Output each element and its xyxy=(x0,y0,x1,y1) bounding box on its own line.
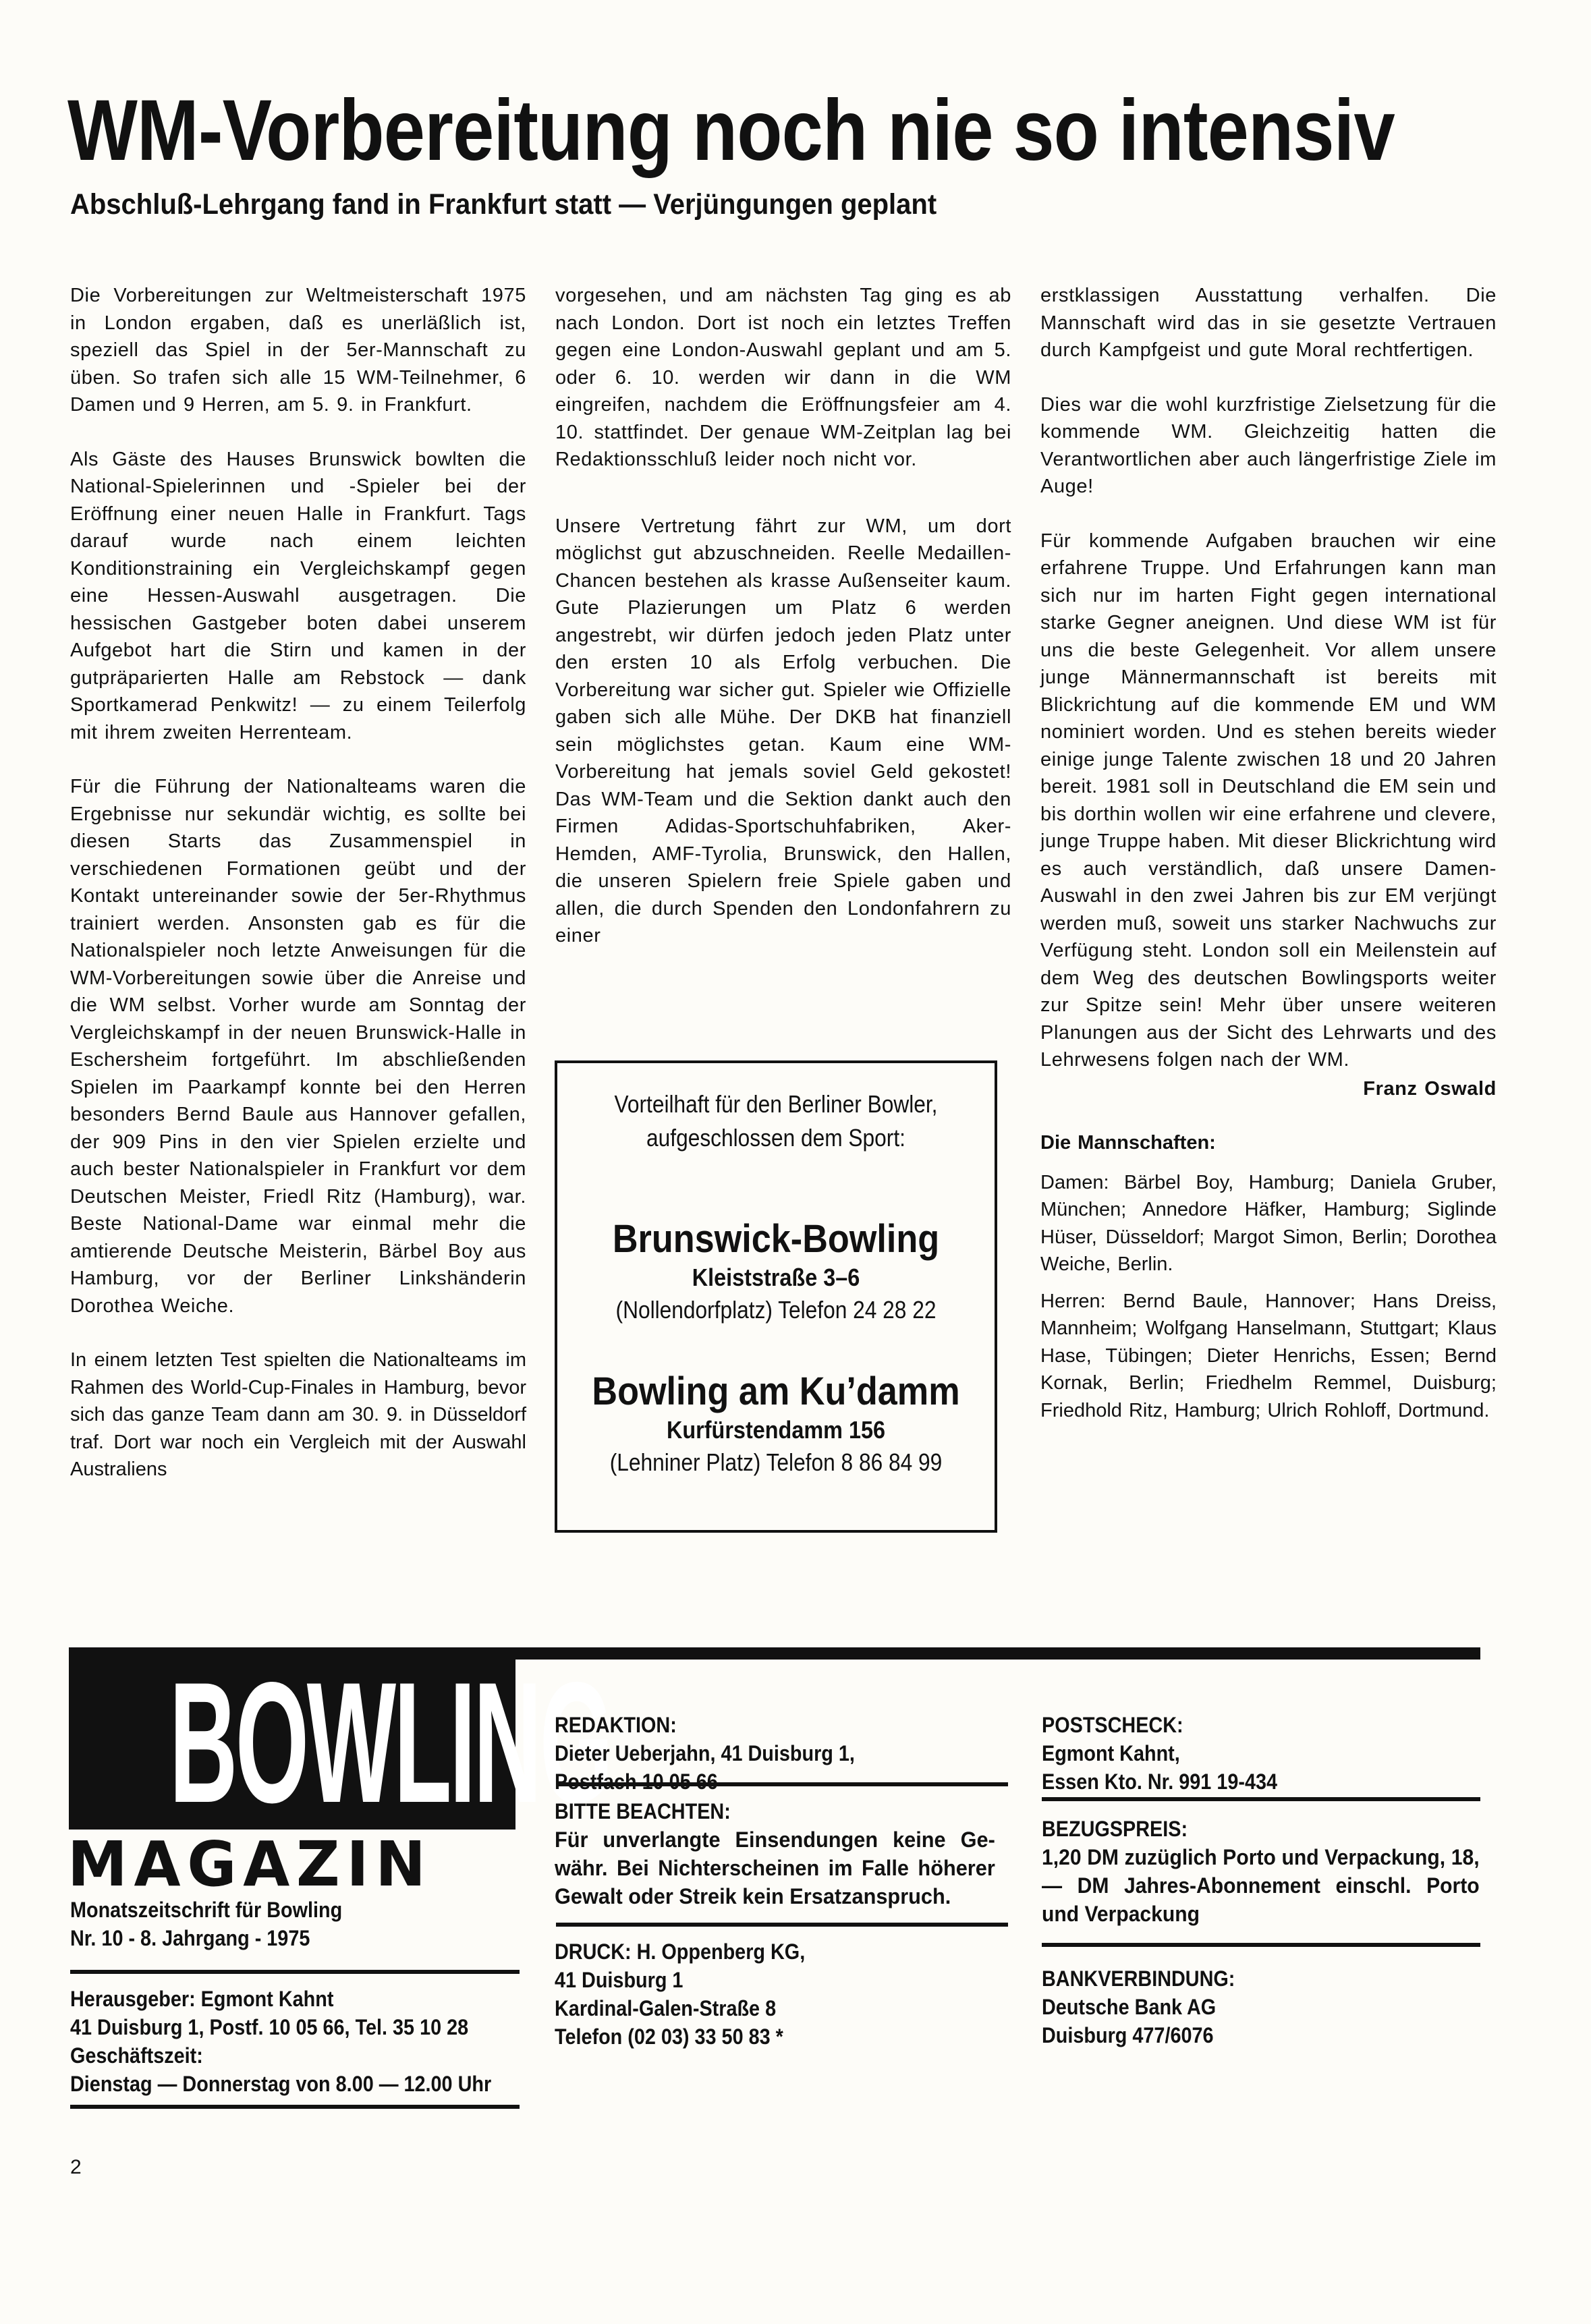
bitte-beachten-section: BITTE BEACHTEN: Für unverlangte Einsendu… xyxy=(555,1797,1007,1910)
magazine-logo: BOWLING xyxy=(69,1647,515,1830)
bitte-beachten-heading: BITTE BEACHTEN: xyxy=(555,1797,731,1825)
business-hours-label: Geschäftszeit: xyxy=(70,2041,203,2070)
article-headline: WM-Vorbereitung noch nie so intensiv xyxy=(67,88,1263,174)
article-column-1: Die Vorbereitungen zur Weltmeisterschaft… xyxy=(70,282,526,1510)
venue-name: Brunswick-Bowling xyxy=(579,1217,972,1262)
divider xyxy=(556,1923,1008,1927)
article-column-2: vorgesehen, und am nächsten Tag ging es … xyxy=(555,282,1011,977)
article-column-3: erstklassigen Ausstattung verhalfen. Die… xyxy=(1040,282,1497,1434)
article-subheadline: Abschluß-Lehrgang fand in Frankfurt stat… xyxy=(70,190,937,219)
bankverbindung-section: BANKVERBINDUNG: Deutsche Bank AG Duisbur… xyxy=(1042,1964,1494,2049)
bitte-beachten-text: Für unverlangte Einsendungen keine Ge­wä… xyxy=(555,1825,995,1910)
ad-venue-brunswick: Brunswick-Bowling Kleiststraße 3–6 (Noll… xyxy=(557,1217,995,1326)
druck-heading: DRUCK: H. Oppenberg KG, xyxy=(555,1937,805,1966)
venue-name: Bowling am Ku’damm xyxy=(579,1369,972,1414)
venue-street: Kurfürstendamm 156 xyxy=(579,1414,972,1446)
postscheck-section: POSTSCHECK: Egmont Kahnt, Essen Kto. Nr.… xyxy=(1042,1711,1494,1796)
postscheck-line-2: Essen Kto. Nr. 991 19-434 xyxy=(1042,1767,1277,1796)
druck-line-2: Kardinal-Galen-Straße 8 xyxy=(555,1994,776,2022)
venue-phone: (Nollendorfplatz) Telefon 24 28 22 xyxy=(584,1294,968,1326)
magazine-tagline: Monatszeitschrift für Bowling xyxy=(70,1896,342,1924)
article-author: Franz Oswald xyxy=(1040,1075,1497,1103)
redaktion-heading: REDAKTION: xyxy=(555,1711,677,1739)
postscheck-heading: POSTSCHECK: xyxy=(1042,1711,1183,1739)
bankverbindung-line-2: Duisburg 477/6076 xyxy=(1042,2021,1214,2049)
magazine-info: Monatszeitschrift für Bowling Nr. 10 - 8… xyxy=(70,1896,372,1952)
publisher-name: Herausgeber: Egmont Kahnt xyxy=(70,1985,333,2013)
bezugspreis-text: 1,20 DM zuzüglich Porto und Verpackung, … xyxy=(1042,1843,1480,1928)
ad-intro: Vorteilhaft für den Berliner Bowler, auf… xyxy=(584,1087,968,1155)
paragraph: erstklassigen Ausstattung verhalfen. Die… xyxy=(1040,282,1497,364)
page-number: 2 xyxy=(70,2156,82,2179)
ad-venue-kudamm: Bowling am Ku’damm Kurfürstendamm 156 (L… xyxy=(557,1369,995,1479)
paragraph: Für kommende Aufgaben brauchen wir eine … xyxy=(1040,528,1497,1074)
bezugspreis-heading: BEZUGSPREIS: xyxy=(1042,1815,1188,1843)
publisher-address: 41 Duisburg 1, Postf. 10 05 66, Tel. 35 … xyxy=(70,2013,468,2041)
divider xyxy=(70,1970,520,1974)
druck-section: DRUCK: H. Oppenberg KG, 41 Duisburg 1 Ka… xyxy=(555,1937,1007,2051)
logo-magazin-text: MAGAZIN xyxy=(67,1834,503,1896)
business-hours: Dienstag — Donnerstag von 8.00 — 12.00 U… xyxy=(70,2070,491,2098)
logo-bowling-text: BOWLING xyxy=(169,1657,415,1829)
team-roster-damen: Damen: Bärbel Boy, Hamburg; Daniela Gru­… xyxy=(1040,1169,1497,1278)
postscheck-line-1: Egmont Kahnt, xyxy=(1042,1739,1180,1767)
paragraph: Als Gäste des Hauses Brunswick bowlten d… xyxy=(70,446,526,747)
divider xyxy=(1042,1943,1480,1947)
bankverbindung-line-1: Deutsche Bank AG xyxy=(1042,1993,1216,2021)
druck-line-3: Telefon (02 03) 33 50 83 * xyxy=(555,2022,783,2051)
publisher-info: Herausgeber: Egmont Kahnt 41 Duisburg 1,… xyxy=(70,1985,538,2098)
venue-street: Kleiststraße 3–6 xyxy=(579,1262,972,1294)
team-roster-herren: Herren: Bernd Baule, Hannover; Hans Drei… xyxy=(1040,1288,1497,1425)
paragraph: Unsere Vertretung fährt zur WM, um dort … xyxy=(555,513,1011,950)
paragraph: Die Vorbereitungen zur Weltmeisterschaft… xyxy=(70,282,526,419)
redaktion-line-2: Postfach 10 05 66 xyxy=(555,1767,718,1796)
team-roster: Die Mannschaften: Damen: Bärbel Boy, Ham… xyxy=(1040,1129,1497,1424)
ad-intro-line-1: Vorteilhaft für den Berliner Bowler, xyxy=(584,1087,968,1121)
druck-line-1: 41 Duisburg 1 xyxy=(555,1966,683,1994)
bowling-advertisement: Vorteilhaft für den Berliner Bowler, auf… xyxy=(555,1060,997,1533)
paragraph: vorgesehen, und am nächsten Tag ging es … xyxy=(555,282,1011,474)
divider xyxy=(556,1782,1008,1786)
paragraph: In einem letzten Test spielten die Natio… xyxy=(70,1347,526,1483)
magazine-issue: Nr. 10 - 8. Jahrgang - 1975 xyxy=(70,1924,310,1952)
team-roster-heading: Die Mannschaften: xyxy=(1040,1129,1497,1157)
divider xyxy=(1042,1797,1480,1801)
paragraph: Dies war die wohl kurzfristige Zielsetzu… xyxy=(1040,391,1497,501)
paragraph: Für die Führung der Nationalteams waren … xyxy=(70,773,526,1320)
venue-phone: (Lehniner Platz) Telefon 8 86 84 99 xyxy=(584,1446,968,1479)
divider xyxy=(70,2105,520,2109)
redaktion-line-1: Dieter Ueberjahn, 41 Duisburg 1, xyxy=(555,1739,855,1767)
bankverbindung-heading: BANKVERBINDUNG: xyxy=(1042,1964,1235,1993)
ad-intro-line-2: aufgeschlossen dem Sport: xyxy=(584,1121,968,1155)
bezugspreis-section: BEZUGSPREIS: 1,20 DM zuzüglich Porto und… xyxy=(1042,1815,1494,1928)
